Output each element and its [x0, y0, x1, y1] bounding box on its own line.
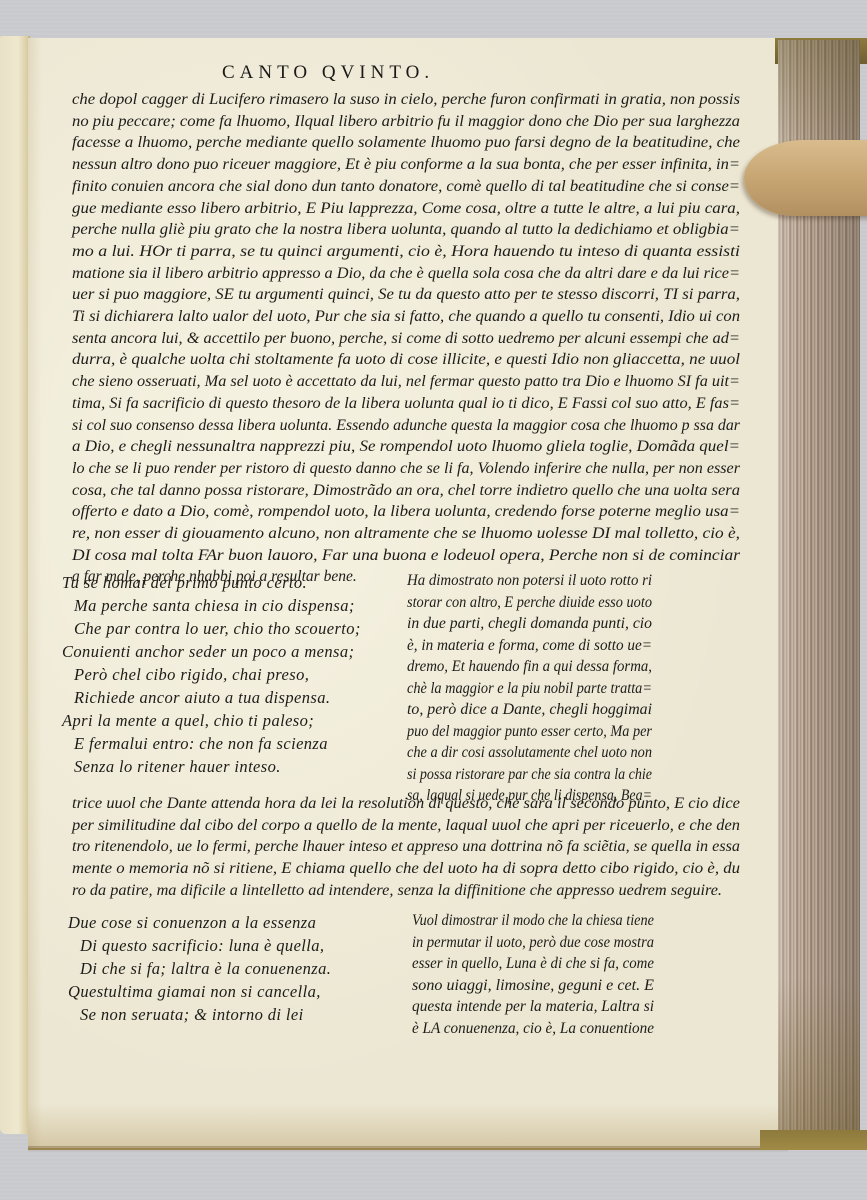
commentary-line: mo a lui. HOr ti parra, se tu quinci arg… — [72, 244, 740, 260]
gloss-line: in due parti, chegli domanda punti, cio — [407, 616, 652, 632]
verse-line: Tu se homai del primo punto certo. — [62, 575, 307, 592]
verse-line: Di che si fa; laltra è la conuenenza. — [80, 961, 331, 978]
running-head: CANTO QVINTO. — [222, 62, 434, 84]
gloss-line: è LA conuenenza, cio è, La conuentione — [412, 1021, 654, 1037]
gloss-line: questa intende per la materia, Laltra si — [412, 999, 654, 1015]
commentary-line: si col suo consenso dessa libera uolunta… — [72, 418, 740, 434]
verse-line: Però chel cibo rigido, chai preso, — [74, 667, 309, 684]
book-cover-bottom — [760, 1130, 867, 1150]
gloss-line: in permutar il uoto, però due cose mostr… — [412, 935, 654, 951]
gloss-line: Ha dimostrato non potersi il uoto rotto … — [407, 573, 652, 589]
verse-line: E fermalui entro: che non fa scienza — [74, 736, 328, 753]
commentary-line: senta ancora lui, & accettilo per buono,… — [72, 331, 740, 347]
gloss-line: chè la maggior e la piu nobil parte trat… — [407, 681, 652, 697]
commentary-line: per similitudine dal cibo del corpo a qu… — [72, 818, 740, 834]
commentary-line: nessun altro dono puo riceuer maggiore, … — [72, 157, 740, 173]
commentary-line: cosa, che tal danno possa ristorare, Dim… — [72, 483, 740, 499]
verse-line: Senza lo ritener hauer inteso. — [74, 759, 281, 776]
verse-line: Due cose si conuenzon a la essenza — [68, 915, 316, 932]
verse-line: Conuienti anchor seder un poco a mensa; — [62, 644, 354, 661]
commentary-line: uer si puo maggiore, SE tu argumenti qui… — [72, 287, 740, 303]
commentary-line: mente o memoria nõ si ritiene, E chiama … — [72, 861, 740, 877]
commentary-line: perche nulla gliè piu grato che la nostr… — [72, 222, 740, 238]
verse-line: Se non seruata; & intorno di lei — [80, 1007, 304, 1024]
gloss-line: storar con altro, E perche diuide esso u… — [407, 595, 652, 611]
commentary-line: durra, è qualche uolta chi stoltamente f… — [72, 352, 740, 368]
verse-line: Questultima giamai non si cancella, — [68, 984, 321, 1001]
commentary-line: Ti si dichiarera lalto ualor del uoto, P… — [72, 309, 740, 325]
commentary-line: facesse a lhuomo, perche mediante quello… — [72, 135, 740, 151]
gloss-line: sono uiaggi, limosine, geguni e cet. E — [412, 978, 654, 994]
facing-page-edge — [0, 36, 30, 1134]
commentary-line: che sieno osseruati, Ma sel uoto è accet… — [72, 374, 740, 390]
commentary-line: matione sia il libero arbitrio appresso … — [72, 266, 740, 282]
gloss-line: Vuol dimostrar il modo che la chiesa tie… — [412, 913, 654, 929]
verse-line: Apri la mente a quel, chio ti paleso; — [62, 713, 314, 730]
book-scan-scene: CANTO QVINTO. che dopol cagger di Lucife… — [0, 0, 867, 1200]
commentary-line: a Dio, e chegli nessunaltra napprezzi pi… — [72, 439, 740, 455]
wooden-book-support — [744, 140, 867, 216]
commentary-line: re, non esser di giouamento alcuno, non … — [72, 526, 740, 542]
gloss-line: dremo, Et hauendo fin a qui dessa forma, — [407, 659, 652, 675]
verse-line: Richiede ancor aiuto a tua dispensa. — [74, 690, 330, 707]
gloss-line: si possa ristorare par che sia contra la… — [407, 767, 652, 783]
commentary-line: lo che se li puo render per ristoro di q… — [72, 461, 740, 477]
commentary-line: finito conuien ancora che sial dono dun … — [72, 179, 740, 195]
gloss-line: è, in materia e forma, come di sotto ue= — [407, 638, 652, 654]
commentary-line: tima, Si fa sacrificio di questo thesoro… — [72, 396, 740, 412]
commentary-line: trice uuol che Dante attenda hora da lei… — [72, 796, 740, 812]
commentary-line: offerto e dato a Dio, comè, rompendol uo… — [72, 504, 740, 520]
gloss-line: che a dir cosi assolutamente chel uoto n… — [407, 745, 652, 761]
commentary-line: ro da patire, ma dificile a lintelletto … — [72, 883, 722, 899]
commentary-line: tro ritenendolo, ue lo fermi, perche lha… — [72, 839, 740, 855]
verse-line: Che par contra lo uer, chio tho scouerto… — [74, 621, 361, 638]
gloss-line: esser in quello, Luna è di che si fa, co… — [412, 956, 654, 972]
verse-line: Di questo sacrificio: luna è quella, — [80, 938, 324, 955]
commentary-line: no piu peccare; come fa lhuomo, Ilqual l… — [72, 114, 740, 130]
commentary-line: DI cosa mal tolta FAr buon lauoro, Far u… — [72, 548, 740, 564]
gloss-line: to, però dice a Dante, chegli hoggimai — [407, 702, 652, 718]
gloss-line: puo del maggior punto esser certo, Ma pe… — [407, 724, 652, 740]
commentary-line: che dopol cagger di Lucifero rimasero la… — [72, 92, 740, 108]
verse-line: Ma perche santa chiesa in cio dispensa; — [74, 598, 355, 615]
page-shadow — [28, 1146, 788, 1152]
commentary-line: gue mediante esso libero arbitrio, E Piu… — [72, 201, 740, 217]
